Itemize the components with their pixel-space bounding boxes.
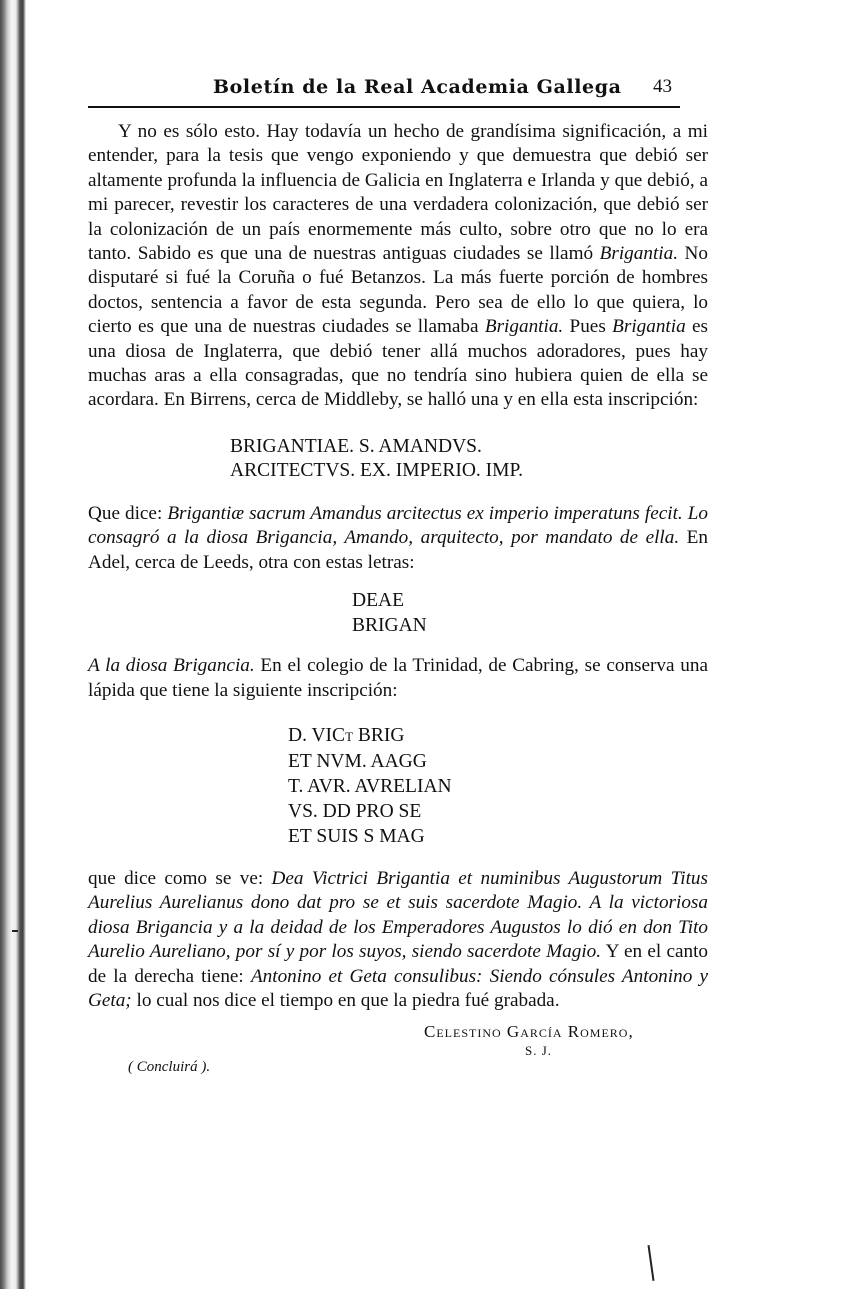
scan-binding-edge bbox=[0, 0, 30, 1289]
paragraph-2: Que dice: Brigantiæ sacrum Amandus arcit… bbox=[88, 502, 708, 575]
running-header: Boletín de la Real Academia Gallega 43 bbox=[88, 74, 680, 108]
inscription-trinity: D. VICT BRIG ET NVM. AAGG T. AVR. AVRELI… bbox=[88, 723, 708, 849]
italic-term: Brigantia bbox=[612, 316, 686, 337]
italic-translation: A la diosa Brigancia. bbox=[88, 655, 255, 676]
inscription-line: DEAE bbox=[352, 589, 708, 614]
inscription-line: VS. DD PRO SE bbox=[288, 799, 708, 824]
inscription-line: ARCITECTVS. EX. IMPERIO. IMP. bbox=[230, 459, 708, 484]
inscription-birrens: BRIGANTIAE. S. AMANDVS. ARCITECTVS. EX. … bbox=[88, 435, 708, 484]
italic-term: Brigantia. bbox=[485, 316, 563, 337]
page-number: 43 bbox=[653, 76, 672, 98]
author-signature: Celestino García Romero, bbox=[88, 1021, 708, 1043]
journal-title: Boletín de la Real Academia Gallega bbox=[213, 76, 622, 98]
italic-translation: Brigantiæ sacrum Amandus arcitectus ex i… bbox=[88, 503, 708, 548]
inscription-adel: DEAE BRIGAN bbox=[88, 589, 708, 638]
paragraph-3: A la diosa Brigancia. En el colegio de l… bbox=[88, 654, 708, 703]
inscription-line: ET SUIS S MAG bbox=[288, 824, 708, 849]
continuation-note: ( Concluirá ). bbox=[88, 1055, 708, 1079]
inscription-line: BRIGAN bbox=[352, 614, 708, 639]
scan-speck bbox=[12, 930, 18, 932]
document-page: Boletín de la Real Academia Gallega 43 Y… bbox=[0, 0, 850, 1289]
italic-term: Brigantia. bbox=[600, 243, 678, 264]
inscription-line: D. VICT BRIG bbox=[288, 723, 708, 749]
inscription-line: ET NVM. AAGG bbox=[288, 749, 708, 774]
inscription-line: T. AVR. AVRELIAN bbox=[288, 774, 708, 799]
paragraph-1: Y no es sólo esto. Hay todavía un hecho … bbox=[88, 120, 708, 413]
paragraph-4: que dice como se ve: Dea Victrici Brigan… bbox=[88, 867, 708, 1013]
scan-speck bbox=[648, 1245, 655, 1281]
article-body: Y no es sólo esto. Hay todavía un hecho … bbox=[88, 120, 708, 1080]
inscription-line: BRIGANTIAE. S. AMANDVS. bbox=[230, 435, 708, 460]
